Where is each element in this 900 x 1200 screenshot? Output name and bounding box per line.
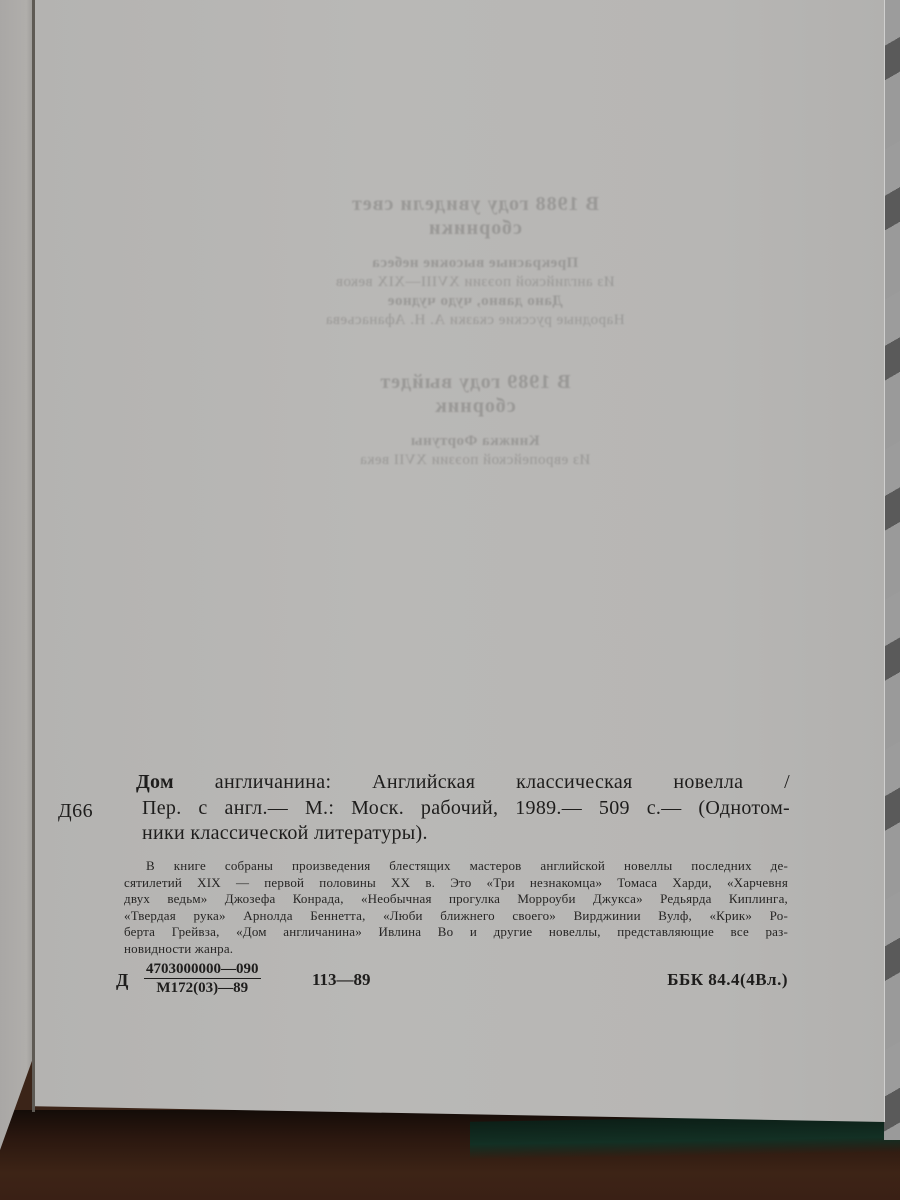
bib-title-word: Дом bbox=[136, 771, 174, 793]
show-through-heading: сборники bbox=[205, 216, 745, 240]
index-numerator: 4703000000—090 bbox=[144, 960, 261, 979]
index-suffix: 113—89 bbox=[312, 970, 371, 990]
classification-code: Д66 bbox=[58, 800, 93, 823]
index-fraction: 4703000000—090 М172(03)—89 bbox=[144, 960, 261, 997]
facing-page-edge bbox=[0, 0, 33, 1150]
bibliographic-description: Дом англичанина: Английская классическая… bbox=[120, 770, 790, 847]
show-through-heading: В 1989 году выйдет bbox=[205, 370, 745, 394]
show-through-line: Народные русские сказки А. Н. Афанасьева bbox=[205, 311, 745, 330]
show-through-line: Из европейской поэзии XVII века bbox=[205, 451, 745, 470]
show-through-text-block-1: В 1988 году увидели свет сборники Прекра… bbox=[205, 192, 745, 330]
show-through-line: Из английской поэзии XVIII—XIX веков bbox=[205, 273, 745, 292]
abstract-line: берта Грейвза, «Дом англичанина» Ивлина … bbox=[124, 924, 788, 941]
underlying-page-edge bbox=[884, 0, 900, 1140]
show-through-line: Прекрасные высокие небеса bbox=[205, 254, 745, 273]
show-through-heading: В 1988 году увидели свет bbox=[205, 192, 745, 216]
bbk-code: ББК 84.4(4Вл.) bbox=[667, 970, 788, 990]
abstract-line: В книге собраны произведения блестящих м… bbox=[124, 858, 788, 875]
index-denominator: М172(03)—89 bbox=[144, 979, 261, 997]
index-prefix: Д bbox=[116, 970, 128, 991]
bib-line-2: Пер. с англ.— М.: Моск. рабочий, 1989.— … bbox=[120, 796, 790, 822]
show-through-heading: сборник bbox=[205, 394, 745, 418]
show-through-line: Книжка Фортуны bbox=[205, 432, 745, 451]
abstract-line: новидности жанра. bbox=[124, 941, 788, 958]
abstract: В книге собраны произведения блестящих м… bbox=[124, 858, 788, 957]
show-through-text-block-2: В 1989 году выйдет сборник Книжка Фортун… bbox=[205, 370, 745, 470]
abstract-line: «Твердая рука» Арнолда Беннетта, «Люби б… bbox=[124, 908, 788, 925]
show-through-line: Дано давно, чудо чудное bbox=[205, 292, 745, 311]
book-gutter bbox=[32, 0, 35, 1112]
bib-line-3: ники классической литературы). bbox=[120, 821, 790, 847]
publication-index-row: Д 4703000000—090 М172(03)—89 113—89 ББК … bbox=[116, 960, 788, 1000]
abstract-line: двух ведьм» Джозефа Конрада, «Необычная … bbox=[124, 891, 788, 908]
bib-line-1: Дом англичанина: Английская классическая… bbox=[120, 770, 790, 796]
bib-line-1-rest: англичанина: Английская классическая нов… bbox=[215, 771, 790, 793]
page-edge bbox=[884, 0, 885, 1122]
abstract-line: сятилетий XIX — первой половины XX в. Эт… bbox=[124, 875, 788, 892]
